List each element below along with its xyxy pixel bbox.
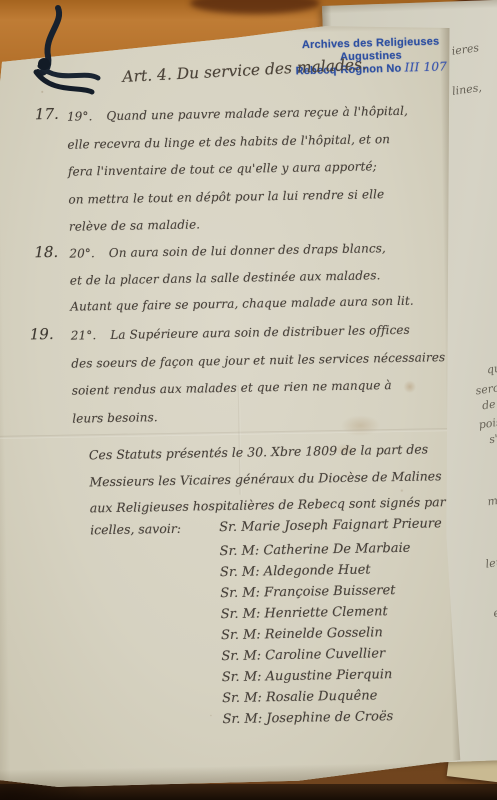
under-page-text-fragment: et	[492, 606, 497, 620]
signature: Sr. M: Catherine De Marbaie	[219, 538, 410, 562]
under-page-text-fragment: s'q	[488, 431, 497, 446]
closing-statement: Ces Statuts présentés le 30. Xbre 1809 d…	[89, 436, 446, 522]
under-page-text-fragment: que	[486, 361, 497, 377]
signature: Sr. M: Augustine Pierquin	[222, 664, 413, 688]
savoir-label: icelles, savoir:	[90, 521, 181, 538]
signature: Sr. M: Josephine de Croës	[222, 706, 413, 730]
under-page-text-fragment: ieres	[451, 41, 480, 58]
item-number-20: 20°.	[69, 246, 95, 260]
under-page-text-fragment: seron	[475, 380, 497, 397]
margin-number-19: 19.	[30, 325, 54, 343]
under-page-text-fragment: leur	[485, 555, 497, 571]
manuscript-page: Archives des Religieuses Augustines Rebe…	[0, 16, 463, 788]
under-page-text-fragment: lines,	[451, 81, 482, 98]
article-20: 20°.On aura soin de lui donner des draps…	[69, 235, 414, 320]
under-page-text-fragment: ma	[487, 493, 497, 508]
under-page-text-fragment: de	[481, 398, 496, 413]
signature-prieure: Sr. Marie Joseph Faignart Prieure	[219, 516, 442, 535]
stamp-inventory-number: III 107	[404, 59, 447, 74]
item-number-21: 21°.	[71, 328, 97, 342]
article-heading: Art. 4. Du service des malades.	[122, 55, 367, 86]
binding-thread-icon	[18, 2, 128, 122]
article-21: 21°.La Supérieure aura soin de distribue…	[71, 316, 447, 433]
signature-list: Sr. M: Catherine De Marbaie Sr. M: Aldeg…	[219, 538, 413, 730]
photo-of-archival-manuscript: ieres lines, que seron de poiser s'q ma …	[0, 0, 497, 800]
margin-number-18: 18.	[34, 243, 58, 261]
signature: Sr. M: Henriette Clement	[221, 601, 412, 625]
under-page-text-fragment: poiser	[478, 414, 497, 432]
wood-knot	[190, 0, 320, 14]
